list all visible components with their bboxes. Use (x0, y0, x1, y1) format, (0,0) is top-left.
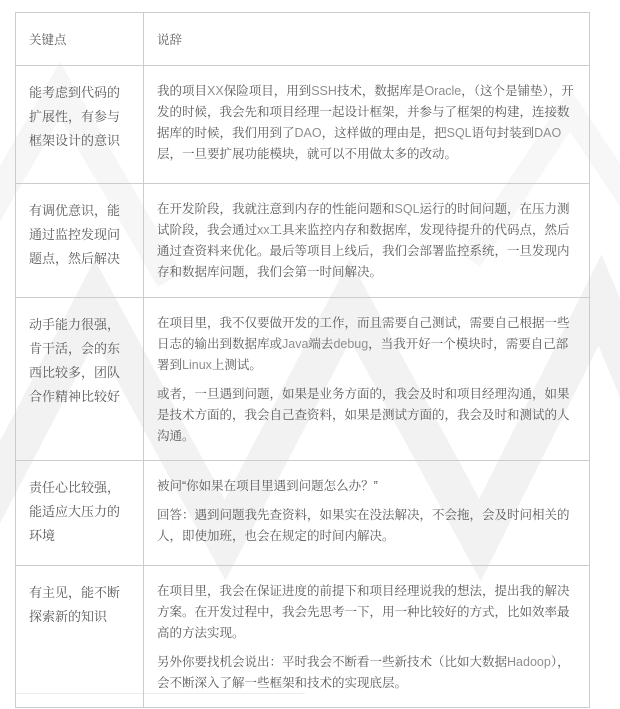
latin-text: XX (207, 84, 224, 98)
script-cell: 被问“你如果在项目里遇到问题怎么办？”回答：遇到问题我先查资料，如果实在没法解决… (144, 461, 590, 566)
keypoint-cell: 责任心比较强，能适应大压力的环境 (16, 461, 144, 566)
column-header-keypoint: 关键点 (16, 13, 144, 66)
latin-text: SQL (447, 126, 472, 140)
latin-text: Linux (182, 358, 212, 372)
table-row: 能考虑到代码的扩展性，有参与框架设计的意识 我的项目XX保险项目，用到SSH技术… (16, 66, 590, 184)
script-cell: 在开发阶段，我就注意到内存的性能问题和SQL运行的时间问题，在压力测试阶段，我会… (144, 184, 590, 298)
latin-text: debug (333, 337, 368, 351)
latin-text: Java (282, 337, 308, 351)
script-paragraph: 另外你要找机会说出：平时我会不断看一些新技术（比如大数据Hadoop），会不断深… (157, 652, 577, 694)
script-cell: 我的项目XX保险项目，用到SSH技术，数据库是Oracle，（这个是铺垫），开发… (144, 66, 590, 184)
script-paragraph: 在开发阶段，我就注意到内存的性能问题和SQL运行的时间问题，在压力测试阶段，我会… (157, 199, 577, 283)
latin-text: Hadoop (507, 655, 551, 669)
script-cell: 在项目里，我会在保证进度的前提下和项目经理说我的想法，提出我的解决方案。在开发过… (144, 566, 590, 708)
column-header-script: 说辞 (144, 13, 590, 66)
table-body: 能考虑到代码的扩展性，有参与框架设计的意识 我的项目XX保险项目，用到SSH技术… (16, 66, 590, 708)
page: { "colors": { "text": "#595959", "latin"… (0, 0, 620, 709)
latin-text: SQL (395, 202, 420, 216)
keypoint-cell: 能考虑到代码的扩展性，有参与框架设计的意识 (16, 66, 144, 184)
script-cell: 在项目里，我不仅要做开发的工作，而且需要自己测试，需要自己根据一些日志的输出到数… (144, 298, 590, 461)
script-paragraph: 或者，一旦遇到问题，如果是业务方面的，我会及时和项目经理沟通，如果是技术方面的，… (157, 384, 577, 447)
script-paragraph: 被问“你如果在项目里遇到问题怎么办？” (157, 476, 577, 497)
latin-text: DAO (295, 126, 322, 140)
table-row: 责任心比较强，能适应大压力的环境 被问“你如果在项目里遇到问题怎么办？”回答：遇… (16, 461, 590, 566)
latin-text: SSH (311, 84, 337, 98)
script-paragraph: 在项目里，我会在保证进度的前提下和项目经理说我的想法，提出我的解决方案。在开发过… (157, 581, 577, 644)
script-paragraph: 在项目里，我不仅要做开发的工作，而且需要自己测试，需要自己根据一些日志的输出到数… (157, 313, 577, 376)
keypoint-cell: 有主见，能不断探索新的知识 (16, 566, 144, 708)
interview-keypoints-table: 关键点 说辞 能考虑到代码的扩展性，有参与框架设计的意识 我的项目XX保险项目，… (15, 12, 590, 708)
table-header-row: 关键点 说辞 (16, 13, 590, 66)
table-row: 动手能力很强，肯干活，会的东西比较多，团队合作精神比较好 在项目里，我不仅要做开… (16, 298, 590, 461)
latin-text: xx (257, 223, 270, 237)
latin-text: Oracle (424, 84, 461, 98)
table-row: 有调优意识，能通过监控发现问题点，然后解决 在开发阶段，我就注意到内存的性能问题… (16, 184, 590, 298)
script-paragraph: 我的项目XX保险项目，用到SSH技术，数据库是Oracle，（这个是铺垫），开发… (157, 81, 577, 165)
keypoint-cell: 动手能力很强，肯干活，会的东西比较多，团队合作精神比较好 (16, 298, 144, 461)
keypoint-cell: 有调优意识，能通过监控发现问题点，然后解决 (16, 184, 144, 298)
script-paragraph: 回答：遇到问题我先查资料，如果实在没法解决，不会拖，会及时问相关的人，即使加班，… (157, 505, 577, 547)
table-row: 有主见，能不断探索新的知识 在项目里，我会在保证进度的前提下和项目经理说我的想法… (16, 566, 590, 708)
latin-text: DAO (534, 126, 561, 140)
